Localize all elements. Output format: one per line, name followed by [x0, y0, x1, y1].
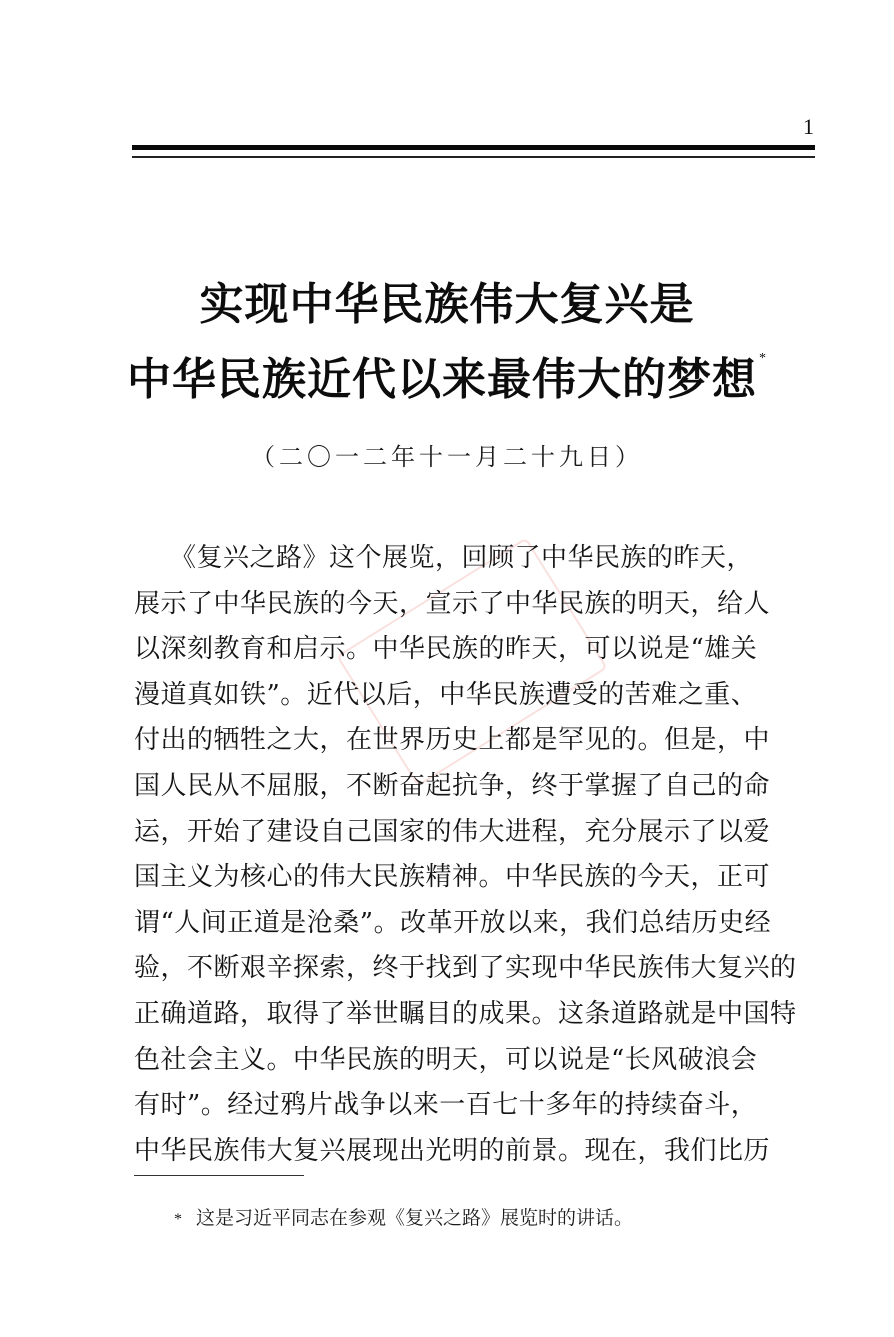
- body-line: 以深刻教育和启示。中华民族的昨天，可以说是“雄关: [134, 627, 824, 673]
- footnote-marker: *: [174, 1211, 182, 1228]
- header-rule-thin: [132, 156, 815, 158]
- body-line: 《复兴之路》这个展览，回顾了中华民族的昨天，: [134, 536, 824, 582]
- page-number: 1: [803, 114, 814, 140]
- title-line-1-text: 实现中华民族伟大复兴是: [200, 279, 695, 330]
- body-line: 展示了中华民族的今天，宣示了中华民族的明天，给人: [134, 582, 824, 628]
- body-line: 国人民从不屈服，不断奋起抗争，终于掌握了自己的命: [134, 764, 824, 810]
- body-line: 验，不断艰辛探索，终于找到了实现中华民族伟大复兴的: [134, 946, 824, 992]
- body-line: 谓“人间正道是沧桑”。改革开放以来，我们总结历史经: [134, 901, 824, 947]
- title-footnote-marker: *: [759, 351, 767, 366]
- body-line: 付出的牺牲之大，在世界历史上都是罕见的。但是，中: [134, 718, 824, 764]
- body-line: 中华民族伟大复兴展现出光明的前景。现在，我们比历: [134, 1129, 824, 1175]
- body-line: 运，开始了建设自己国家的伟大进程，充分展示了以爱: [134, 810, 824, 856]
- footnote-rule: [134, 1175, 304, 1176]
- title-line-1: 实现中华民族伟大复兴是: [0, 283, 894, 327]
- body-line: 有时”。经过鸦片战争以来一百七十多年的持续奋斗，: [134, 1083, 824, 1129]
- footnote-text: 这是习近平同志在参观《复兴之路》展览时的讲话。: [196, 1207, 633, 1229]
- body-line: 漫道真如铁”。近代以后，中华民族遭受的苦难之重、: [134, 673, 824, 719]
- body-line: 正确道路，取得了举世瞩目的成果。这条道路就是中国特: [134, 992, 824, 1038]
- footnote: *这是习近平同志在参观《复兴之路》展览时的讲话。: [174, 1203, 633, 1230]
- body-line: 国主义为核心的伟大民族精神。中华民族的今天，正可: [134, 855, 824, 901]
- title-line-2: 中华民族近代以来最伟大的梦想*: [0, 358, 894, 402]
- date-line: （二〇一二年十一月二十九日）: [0, 437, 894, 472]
- title-line-2-text: 中华民族近代以来最伟大的梦想: [127, 354, 757, 405]
- body-line: 色社会主义。中华民族的明天，可以说是“长风破浪会: [134, 1038, 824, 1084]
- header-rule-thick: [132, 145, 815, 150]
- body-text: 《复兴之路》这个展览，回顾了中华民族的昨天， 展示了中华民族的今天，宣示了中华民…: [134, 536, 824, 1174]
